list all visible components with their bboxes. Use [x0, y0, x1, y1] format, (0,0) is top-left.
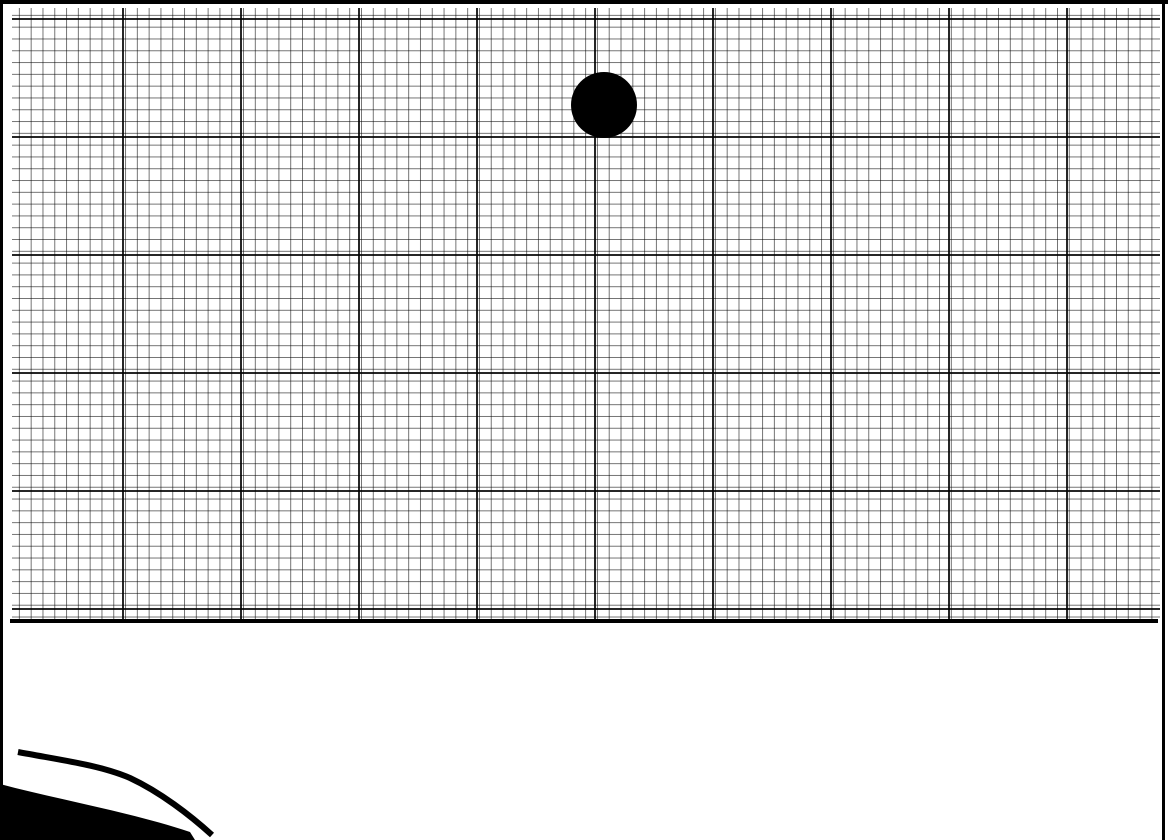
scanned-page — [0, 0, 1168, 840]
curled-corner — [0, 0, 1168, 840]
